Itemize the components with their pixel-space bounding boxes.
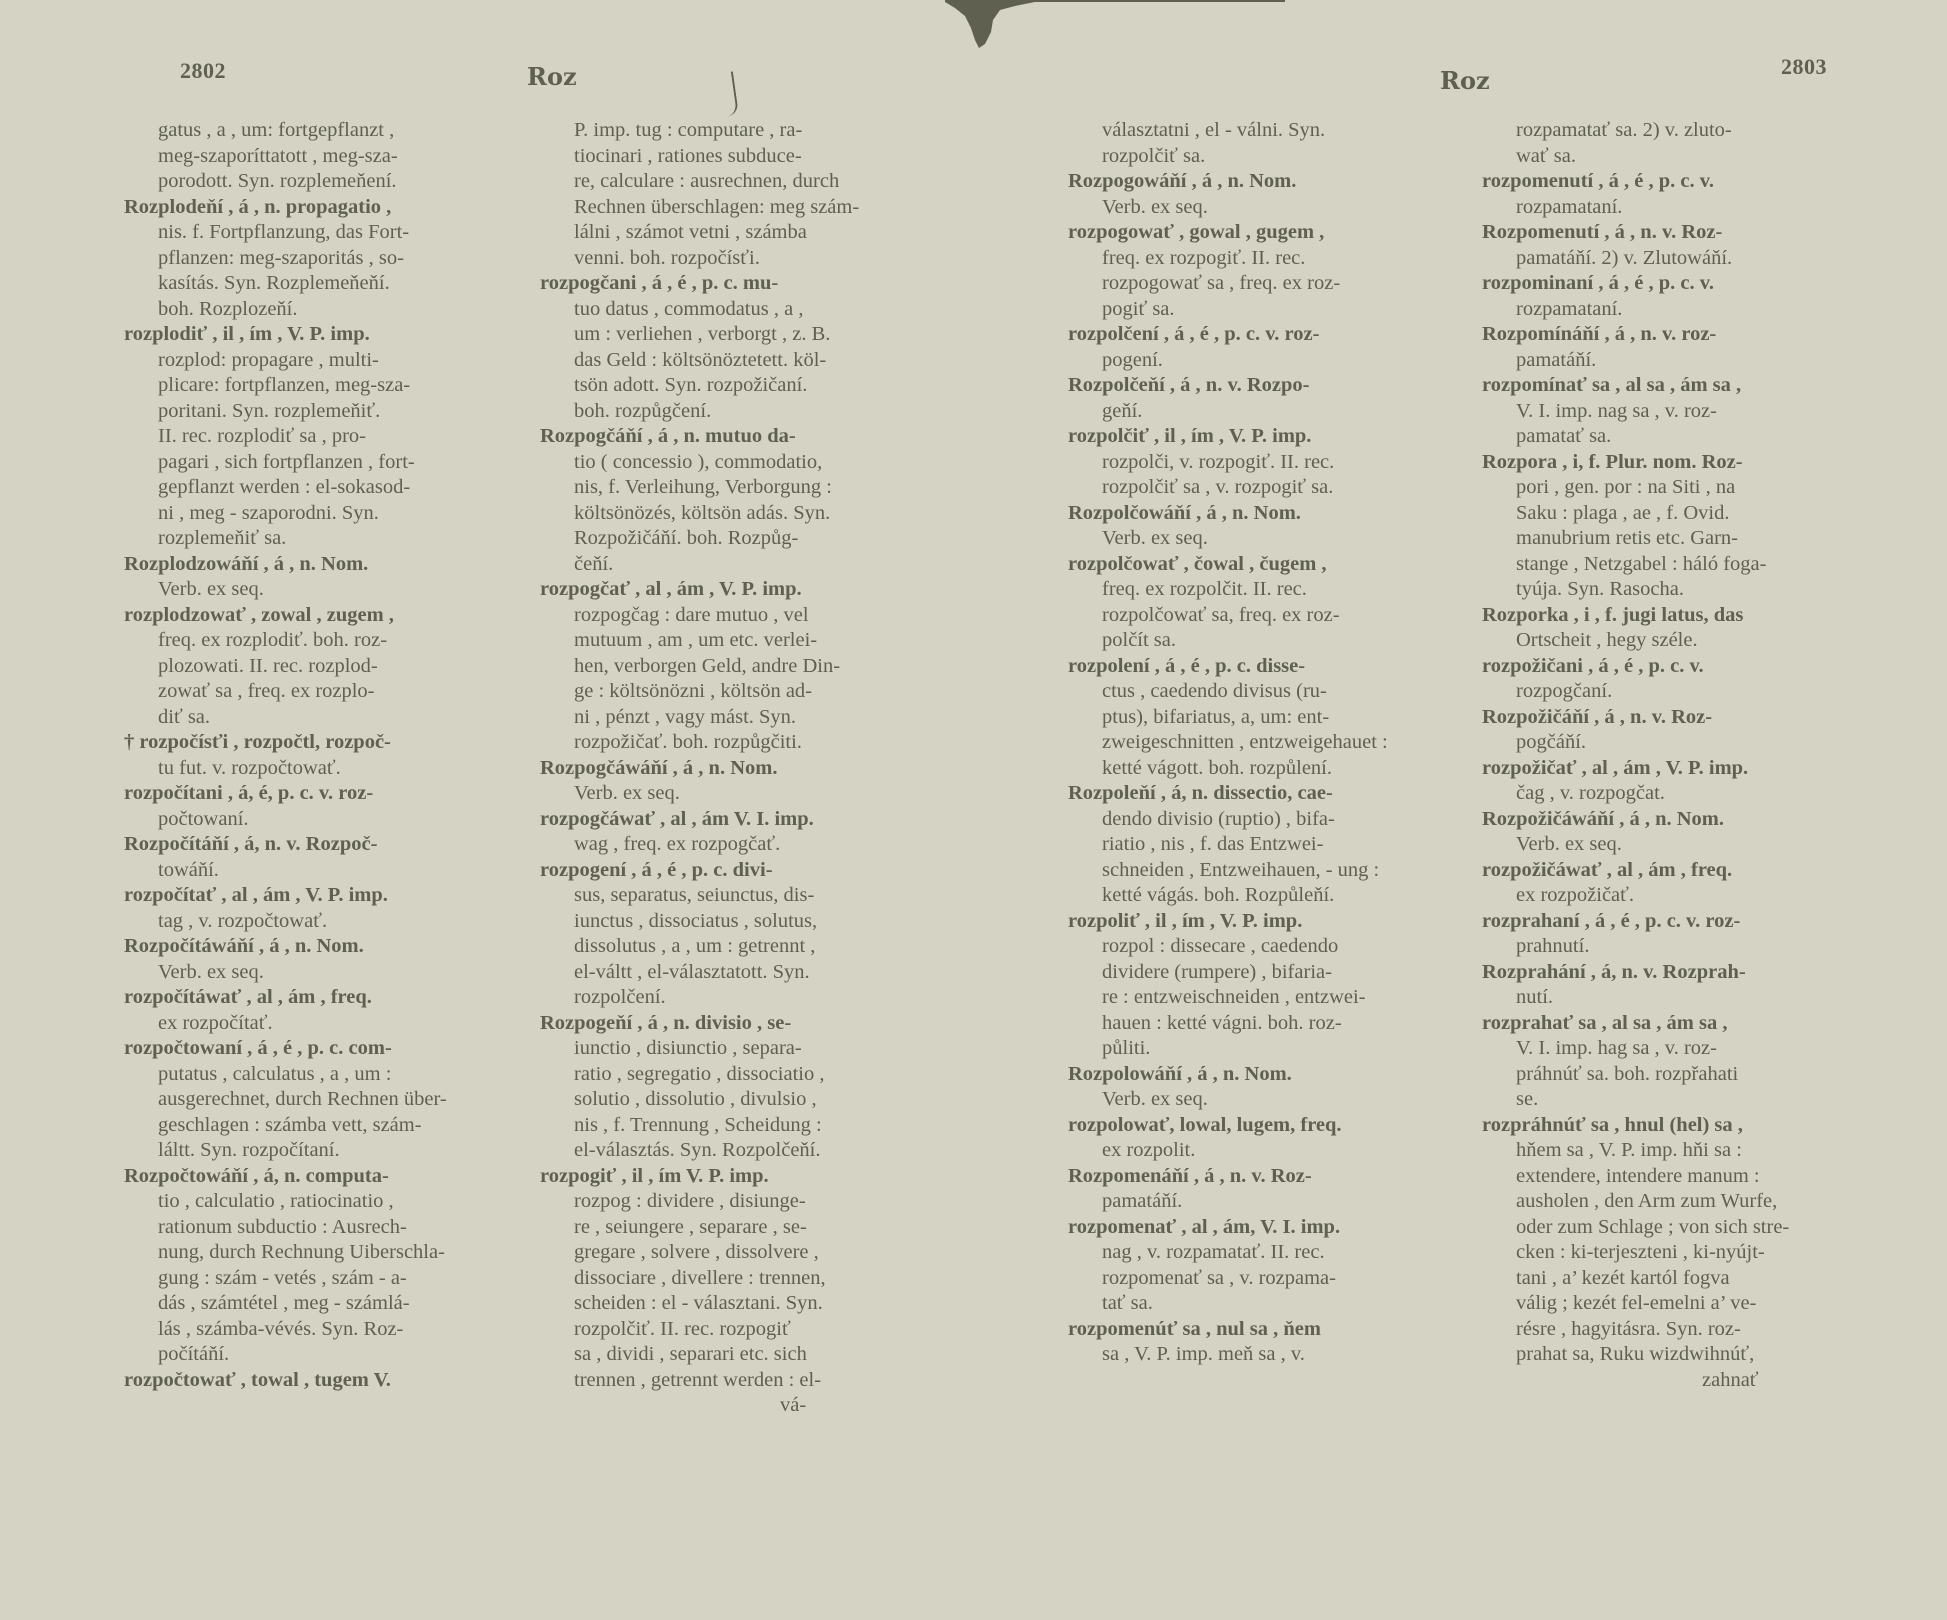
dictionary-headword-line: Rozplodeňí , á , n. propagatio ,	[124, 195, 524, 221]
dictionary-headword-line: rozpogčáwať , al , ám V. I. imp.	[540, 807, 950, 833]
dictionary-headword-line: rozpožičať , al , ám , V. P. imp.	[1482, 756, 1892, 782]
dictionary-text-line: pogiť sa.	[1068, 297, 1468, 323]
dictionary-text-line: ctus , caedendo divisus (ru-	[1068, 679, 1468, 705]
dictionary-text-line: ketté vágás. boh. Rozpůleňí.	[1068, 883, 1468, 909]
dictionary-headword-line: Rozplodzowáňí , á , n. Nom.	[124, 552, 524, 578]
dictionary-text-line: schneiden , Entzweihauen, - ung :	[1068, 858, 1468, 884]
dictionary-text-line: Verb. ex seq.	[124, 577, 524, 603]
dictionary-text-line: Verb. ex seq.	[1068, 526, 1468, 552]
dictionary-headword-line: rozpráhnúť sa , hnul (hel) sa ,	[1482, 1113, 1892, 1139]
dictionary-text-line: tu fut. v. rozpočtowať.	[124, 756, 524, 782]
dictionary-headword-line: Rozpora , i, f. Plur. nom. Roz-	[1482, 450, 1892, 476]
dictionary-text-line: rationum subductio : Ausrech-	[124, 1215, 524, 1241]
dictionary-headword-line: rozpomínať sa , al sa , ám sa ,	[1482, 373, 1892, 399]
dictionary-text-line: tio , calculatio , ratiocinatio ,	[124, 1189, 524, 1215]
dictionary-text-line: rozpolčiť sa , v. rozpogiť sa.	[1068, 475, 1468, 501]
dictionary-text-line: solutio , dissolutio , divulsio ,	[540, 1087, 950, 1113]
dictionary-headword-line: rozpožičani , á , é , p. c. v.	[1482, 654, 1892, 680]
dictionary-text-line: um : verliehen , verborgt , z. B.	[540, 322, 950, 348]
dictionary-text-line: sus, separatus, seiunctus, dis-	[540, 883, 950, 909]
dictionary-headword-line: Rozpomenáňí , á , n. v. Roz-	[1068, 1164, 1468, 1190]
dictionary-text-line: wag , freq. ex rozpogčať.	[540, 832, 950, 858]
dictionary-text-line: tať sa.	[1068, 1291, 1468, 1317]
dictionary-text-line: ex rozpožičať.	[1482, 883, 1892, 909]
dictionary-text-line: nis. f. Fortpflanzung, das Fort-	[124, 220, 524, 246]
dictionary-headword-line: rozpogčani , á , é , p. c. mu-	[540, 271, 950, 297]
dictionary-headword-line: rozpolení , á , é , p. c. disse-	[1068, 654, 1468, 680]
dictionary-column-4: rozpamatať sa. 2) v. zluto-wať sa.rozpom…	[1482, 118, 1892, 1393]
left-running-head: Roz	[527, 62, 577, 91]
dictionary-text-line: pagari , sich fortpflanzen , fort-	[124, 450, 524, 476]
dictionary-text-line: iunctus , dissociatus , solutus,	[540, 909, 950, 935]
dictionary-text-line: kasítás. Syn. Rozplemeňeňí.	[124, 271, 524, 297]
dictionary-headword-line: rozpožičáwať , al , ám , freq.	[1482, 858, 1892, 884]
dictionary-text-line: dissolutus , a , um : getrennt ,	[540, 934, 950, 960]
dictionary-text-line: geschlagen : számba vett, szám-	[124, 1113, 524, 1139]
dictionary-text-line: tio ( concessio ), commodatio,	[540, 450, 950, 476]
dictionary-text-line: rozpolčowať sa, freq. ex roz-	[1068, 603, 1468, 629]
dictionary-text-line: porodott. Syn. rozplemeňení.	[124, 169, 524, 195]
dictionary-headword-line: Rozpoleňí , á, n. dissectio, cae-	[1068, 781, 1468, 807]
dictionary-headword-line: rozpolčiť , il , ím , V. P. imp.	[1068, 424, 1468, 450]
dictionary-text-line: extendere, intendere manum :	[1482, 1164, 1892, 1190]
dictionary-text-line: trennen , getrennt werden : el-	[540, 1368, 950, 1394]
dictionary-text-line: boh. Rozplozeňí.	[124, 297, 524, 323]
dictionary-text-line: towáňí.	[124, 858, 524, 884]
dictionary-headword-line: † rozpočísťi , rozpočtl, rozpoč-	[124, 730, 524, 756]
dictionary-text-line: gregare , solvere , dissolvere ,	[540, 1240, 950, 1266]
dictionary-headword-line: Rozpolčowáňí , á , n. Nom.	[1068, 501, 1468, 527]
dictionary-column-3: választatni , el - válni. Syn.rozpolčiť …	[1068, 118, 1468, 1368]
dictionary-column-1: gatus , a , um: fortgepflanzt ,meg-szapo…	[124, 118, 524, 1393]
dictionary-headword-line: Rozpogeňí , á , n. divisio , se-	[540, 1011, 950, 1037]
dictionary-text-line: Verb. ex seq.	[1068, 195, 1468, 221]
dictionary-text-line: tag , v. rozpočtowať.	[124, 909, 524, 935]
dictionary-text-line: Verb. ex seq.	[1068, 1087, 1468, 1113]
dictionary-text-line: rozpogčaní.	[1482, 679, 1892, 705]
dictionary-text-line: freq. ex rozpolčit. II. rec.	[1068, 577, 1468, 603]
dictionary-headword-line: rozpogowať , gowal , gugem ,	[1068, 220, 1468, 246]
dictionary-text-line: venni. boh. rozpočísťi.	[540, 246, 950, 272]
dictionary-text-line: Verb. ex seq.	[1482, 832, 1892, 858]
dictionary-text-line: ex rozpolit.	[1068, 1138, 1468, 1164]
dictionary-text-line: II. rec. rozplodiť sa , pro-	[124, 424, 524, 450]
right-running-head: Roz	[1440, 66, 1490, 95]
dictionary-headword-line: Rozpožičáwáňí , á , n. Nom.	[1482, 807, 1892, 833]
dictionary-text-line: pogčáňí.	[1482, 730, 1892, 756]
dictionary-text-line: vá-	[540, 1393, 950, 1419]
dictionary-headword-line: rozplodzowať , zowal , zugem ,	[124, 603, 524, 629]
dictionary-text-line: pamatať sa.	[1482, 424, 1892, 450]
dictionary-text-line: putatus , calculatus , a , um :	[124, 1062, 524, 1088]
dictionary-headword-line: Rozpožičáňí , á , n. v. Roz-	[1482, 705, 1892, 731]
dictionary-text-line: re, calculare : ausrechnen, durch	[540, 169, 950, 195]
dictionary-text-line: hen, verborgen Geld, andre Din-	[540, 654, 950, 680]
dictionary-text-line: választatni , el - válni. Syn.	[1068, 118, 1468, 144]
dictionary-headword-line: rozpogčať , al , ám , V. P. imp.	[540, 577, 950, 603]
dictionary-text-line: dás , számtétel , meg - számlá-	[124, 1291, 524, 1317]
dictionary-text-line: pamatáňí.	[1068, 1189, 1468, 1215]
dictionary-text-line: tyúja. Syn. Rasocha.	[1482, 577, 1892, 603]
dictionary-text-line: Saku : plaga , ae , f. Ovid.	[1482, 501, 1892, 527]
dictionary-text-line: ausholen , den Arm zum Wurfe,	[1482, 1189, 1892, 1215]
dictionary-text-line: V. I. imp. hag sa , v. roz-	[1482, 1036, 1892, 1062]
dictionary-text-line: rozpogčag : dare mutuo , vel	[540, 603, 950, 629]
book-spread: 2802 Roz gatus , a , um: fortgepflanzt ,…	[0, 0, 1947, 1620]
dictionary-text-line: Verb. ex seq.	[540, 781, 950, 807]
dictionary-text-line: iunctio , disiunctio , separa-	[540, 1036, 950, 1062]
dictionary-text-line: scheiden : el - választani. Syn.	[540, 1291, 950, 1317]
dictionary-headword-line: Rozpomenutí , á , n. v. Roz-	[1482, 220, 1892, 246]
dictionary-headword-line: rozpomenúť sa , nul sa , ňem	[1068, 1317, 1468, 1343]
dictionary-headword-line: rozpočtowať , towal , tugem V.	[124, 1368, 524, 1394]
dictionary-text-line: lás , számba-vévés. Syn. Roz-	[124, 1317, 524, 1343]
dictionary-text-line: gepflanzt werden : el-sokasod-	[124, 475, 524, 501]
dictionary-text-line: zweigeschnitten , entzweigehauet :	[1068, 730, 1468, 756]
dictionary-text-line: sa , V. P. imp. meň sa , v.	[1068, 1342, 1468, 1368]
dictionary-headword-line: Rozporka , i , f. jugi latus, das	[1482, 603, 1892, 629]
dictionary-text-line: ge : költsönözni , költsön ad-	[540, 679, 950, 705]
dictionary-text-line: re : entzweischneiden , entzwei-	[1068, 985, 1468, 1011]
dictionary-headword-line: Rozpočtowáňí , á, n. computa-	[124, 1164, 524, 1190]
dictionary-text-line: költsönözés, költsön adás. Syn.	[540, 501, 950, 527]
dictionary-column-2: P. imp. tug : computare , ra-tiocinari ,…	[540, 118, 950, 1419]
dictionary-headword-line: rozpočítať , al , ám , V. P. imp.	[124, 883, 524, 909]
dictionary-text-line: dissociare , divellere : trennen,	[540, 1266, 950, 1292]
dictionary-text-line: láltt. Syn. rozpočítaní.	[124, 1138, 524, 1164]
dictionary-text-line: ratio , segregatio , dissociatio ,	[540, 1062, 950, 1088]
dictionary-text-line: poritani. Syn. rozplemeňiť.	[124, 399, 524, 425]
dictionary-text-line: polčít sa.	[1068, 628, 1468, 654]
dictionary-text-line: stange , Netzgabel : háló foga-	[1482, 552, 1892, 578]
dictionary-text-line: zahnať	[1482, 1368, 1892, 1394]
dictionary-text-line: nis, f. Verleihung, Verborgung :	[540, 475, 950, 501]
dictionary-text-line: Rozpožičáňí. boh. Rozpůg-	[540, 526, 950, 552]
dictionary-text-line: el-választás. Syn. Rozpolčeňí.	[540, 1138, 950, 1164]
dictionary-text-line: P. imp. tug : computare , ra-	[540, 118, 950, 144]
dictionary-text-line: tiocinari , rationes subduce-	[540, 144, 950, 170]
dictionary-headword-line: Rozpolčeňí , á , n. v. Rozpo-	[1068, 373, 1468, 399]
dictionary-text-line: wať sa.	[1482, 144, 1892, 170]
dictionary-text-line: hauen : ketté vágni. boh. roz-	[1068, 1011, 1468, 1037]
dictionary-text-line: meg-szaporíttatott , meg-sza-	[124, 144, 524, 170]
dictionary-text-line: oder zum Schlage ; von sich stre-	[1482, 1215, 1892, 1241]
gutter-pen-mark	[721, 71, 739, 116]
dictionary-text-line: hňem sa , V. P. imp. hňi sa :	[1482, 1138, 1892, 1164]
dictionary-text-line: plozowati. II. rec. rozplod-	[124, 654, 524, 680]
dictionary-text-line: ni , pénzt , vagy mást. Syn.	[540, 705, 950, 731]
dictionary-headword-line: Rozpogowáňí , á , n. Nom.	[1068, 169, 1468, 195]
left-page-number: 2802	[180, 58, 226, 84]
dictionary-text-line: résre , hagyitásra. Syn. roz-	[1482, 1317, 1892, 1343]
dictionary-text-line: ausgerechnet, durch Rechnen über-	[124, 1087, 524, 1113]
dictionary-text-line: manubrium retis etc. Garn-	[1482, 526, 1892, 552]
dictionary-text-line: rozpolčiť sa.	[1068, 144, 1468, 170]
dictionary-text-line: rozpomenať sa , v. rozpama-	[1068, 1266, 1468, 1292]
dictionary-text-line: válig ; kezét fel-emelni a’ ve-	[1482, 1291, 1892, 1317]
dictionary-text-line: půliti.	[1068, 1036, 1468, 1062]
dictionary-text-line: práhnúť sa. boh. rozpřahati	[1482, 1062, 1892, 1088]
dictionary-text-line: rozplemeňiť sa.	[124, 526, 524, 552]
dictionary-headword-line: rozprahať sa , al sa , ám sa ,	[1482, 1011, 1892, 1037]
dictionary-text-line: rozpog : dividere , disiunge-	[540, 1189, 950, 1215]
dictionary-headword-line: rozpomenutí , á , é , p. c. v.	[1482, 169, 1892, 195]
dictionary-text-line: rozpamataní.	[1482, 195, 1892, 221]
dictionary-text-line: V. I. imp. nag sa , v. roz-	[1482, 399, 1892, 425]
dictionary-text-line: tani , a’ kezét kartól fogva	[1482, 1266, 1892, 1292]
dictionary-text-line: rozpogowať sa , freq. ex roz-	[1068, 271, 1468, 297]
dictionary-text-line: pamatáňí. 2) v. Zlutowáňí.	[1482, 246, 1892, 272]
dictionary-text-line: lálni , számot vetni , számba	[540, 220, 950, 246]
dictionary-headword-line: Rozpočítáňí , á, n. v. Rozpoč-	[124, 832, 524, 858]
dictionary-headword-line: rozpolowať, lowal, lugem, freq.	[1068, 1113, 1468, 1139]
dictionary-text-line: nutí.	[1482, 985, 1892, 1011]
dictionary-headword-line: Rozpolowáňí , á , n. Nom.	[1068, 1062, 1468, 1088]
dictionary-headword-line: rozpogiť , il , ím V. P. imp.	[540, 1164, 950, 1190]
dictionary-text-line: ptus), bifariatus, a, um: ent-	[1068, 705, 1468, 731]
dictionary-text-line: Rechnen überschlagen: meg szám-	[540, 195, 950, 221]
dictionary-text-line: das Geld : költsönöztetett. köl-	[540, 348, 950, 374]
dictionary-text-line: re , seiungere , separare , se-	[540, 1215, 950, 1241]
dictionary-text-line: pflanzen: meg-szaporitás , so-	[124, 246, 524, 272]
dictionary-headword-line: rozpoliť , il , ím , V. P. imp.	[1068, 909, 1468, 935]
ink-blot-decoration	[945, 0, 1035, 50]
dictionary-text-line: riatio , nis , f. das Entzwei-	[1068, 832, 1468, 858]
dictionary-headword-line: rozpominaní , á , é , p. c. v.	[1482, 271, 1892, 297]
dictionary-text-line: rozpožičať. boh. rozpůgčiti.	[540, 730, 950, 756]
dictionary-headword-line: rozpočtowaní , á , é , p. c. com-	[124, 1036, 524, 1062]
dictionary-text-line: Verb. ex seq.	[124, 960, 524, 986]
dictionary-text-line: zowať sa , freq. ex rozplo-	[124, 679, 524, 705]
dictionary-headword-line: rozpočítáwať , al , ám , freq.	[124, 985, 524, 1011]
dictionary-text-line: ex rozpočítať.	[124, 1011, 524, 1037]
dictionary-text-line: čag , v. rozpogčat.	[1482, 781, 1892, 807]
dictionary-text-line: pori , gen. por : na Siti , na	[1482, 475, 1892, 501]
dictionary-text-line: se.	[1482, 1087, 1892, 1113]
dictionary-text-line: dividere (rumpere) , bifaria-	[1068, 960, 1468, 986]
dictionary-headword-line: Rozprahání , á, n. v. Rozprah-	[1482, 960, 1892, 986]
dictionary-text-line: gung : szám - vetés , szám - a-	[124, 1266, 524, 1292]
dictionary-text-line: el-váltt , el-választatott. Syn.	[540, 960, 950, 986]
dictionary-text-line: prahat sa, Ruku wizdwihnúť,	[1482, 1342, 1892, 1368]
dictionary-headword-line: rozplodiť , il , ím , V. P. imp.	[124, 322, 524, 348]
dictionary-text-line: rozpamataní.	[1482, 297, 1892, 323]
dictionary-headword-line: rozpogení , á , é , p. c. divi-	[540, 858, 950, 884]
right-page-number: 2803	[1781, 54, 1827, 80]
dictionary-text-line: ketté vágott. boh. rozpůlení.	[1068, 756, 1468, 782]
dictionary-text-line: plicare: fortpflanzen, meg-sza-	[124, 373, 524, 399]
dictionary-text-line: sa , dividi , separari etc. sich	[540, 1342, 950, 1368]
dictionary-text-line: ni , meg - szaporodni. Syn.	[124, 501, 524, 527]
dictionary-headword-line: rozprahaní , á , é , p. c. v. roz-	[1482, 909, 1892, 935]
dictionary-text-line: rozpamatať sa. 2) v. zluto-	[1482, 118, 1892, 144]
dictionary-text-line: gatus , a , um: fortgepflanzt ,	[124, 118, 524, 144]
dictionary-text-line: rozpolčiť. II. rec. rozpogiť	[540, 1317, 950, 1343]
dictionary-headword-line: Rozpočítáwáňí , á , n. Nom.	[124, 934, 524, 960]
dictionary-text-line: tuo datus , commodatus , a ,	[540, 297, 950, 323]
dictionary-text-line: čeňí.	[540, 552, 950, 578]
dictionary-text-line: mutuum , am , um etc. verlei-	[540, 628, 950, 654]
dictionary-text-line: Ortscheit , hegy széle.	[1482, 628, 1892, 654]
dictionary-headword-line: rozpočítani , á, é, p. c. v. roz-	[124, 781, 524, 807]
dictionary-text-line: geňí.	[1068, 399, 1468, 425]
dictionary-text-line: freq. ex rozpogiť. II. rec.	[1068, 246, 1468, 272]
dictionary-text-line: cken : ki-terjeszteni , ki-nyújt-	[1482, 1240, 1892, 1266]
dictionary-text-line: nis , f. Trennung , Scheidung :	[540, 1113, 950, 1139]
dictionary-text-line: freq. ex rozplodiť. boh. roz-	[124, 628, 524, 654]
dictionary-headword-line: rozpolčowať , čowal , čugem ,	[1068, 552, 1468, 578]
dictionary-text-line: nag , v. rozpamatať. II. rec.	[1068, 1240, 1468, 1266]
dictionary-text-line: počítáňí.	[124, 1342, 524, 1368]
dictionary-text-line: dendo divisio (ruptio) , bifa-	[1068, 807, 1468, 833]
dictionary-text-line: rozpol : dissecare , caedendo	[1068, 934, 1468, 960]
dictionary-text-line: rozplod: propagare , multi-	[124, 348, 524, 374]
dictionary-headword-line: rozpolčení , á , é , p. c. v. roz-	[1068, 322, 1468, 348]
dictionary-text-line: pamatáňí.	[1482, 348, 1892, 374]
dictionary-text-line: tsön adott. Syn. rozpožičaní.	[540, 373, 950, 399]
dictionary-text-line: boh. rozpůgčení.	[540, 399, 950, 425]
dictionary-headword-line: Rozpomínáňí , á , n. v. roz-	[1482, 322, 1892, 348]
dictionary-headword-line: Rozpogčáňí , á , n. mutuo da-	[540, 424, 950, 450]
dictionary-text-line: počtowaní.	[124, 807, 524, 833]
dictionary-text-line: prahnutí.	[1482, 934, 1892, 960]
dictionary-text-line: nung, durch Rechnung Uiberschla-	[124, 1240, 524, 1266]
dictionary-headword-line: rozpomenať , al , ám, V. I. imp.	[1068, 1215, 1468, 1241]
dictionary-text-line: pogení.	[1068, 348, 1468, 374]
dictionary-text-line: rozpolčení.	[540, 985, 950, 1011]
dictionary-text-line: rozpolči, v. rozpogiť. II. rec.	[1068, 450, 1468, 476]
dictionary-text-line: diť sa.	[124, 705, 524, 731]
dictionary-headword-line: Rozpogčáwáňí , á , n. Nom.	[540, 756, 950, 782]
